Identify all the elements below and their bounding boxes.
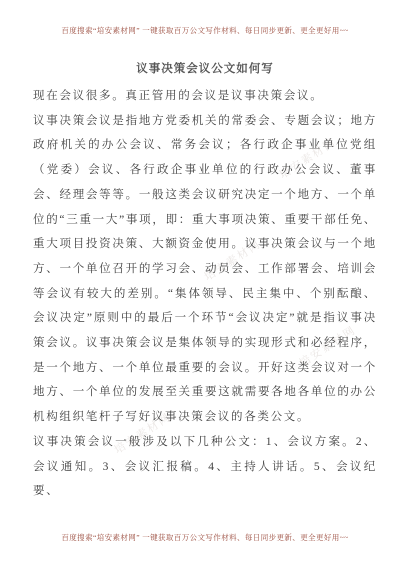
header-promo-banner: 百度搜索“培安素材网” 一键获取百万公文写作材料、每日同步更新、更全更好用~~ — [0, 25, 410, 36]
footer-promo-banner: 百度搜索“培安素材网” 一键获取百万公文写作材料、每日同步更新、更全更好用~~ — [0, 532, 410, 543]
document-page: 百度搜索“培安素材网” 一键获取百万公文写作材料、每日同步更新、更全更好用~~ … — [0, 0, 410, 580]
paragraph-definition: 议事决策会议是指地方党委机关的常委会、专题会议；地方政府机关的办公会议、常务会议… — [33, 109, 377, 430]
paragraph-document-types: 议事决策会议一般涉及以下几种公文：1、会议方案。2、会议通知。3、会议汇报稿。4… — [33, 430, 377, 504]
page-title: 议事决策会议公文如何写 — [0, 60, 410, 76]
document-body: 现在会议很多。真正管用的会议是议事决策会议。 议事决策会议是指地方党委机关的常委… — [33, 84, 377, 504]
paragraph-intro: 现在会议很多。真正管用的会议是议事决策会议。 — [33, 84, 377, 109]
